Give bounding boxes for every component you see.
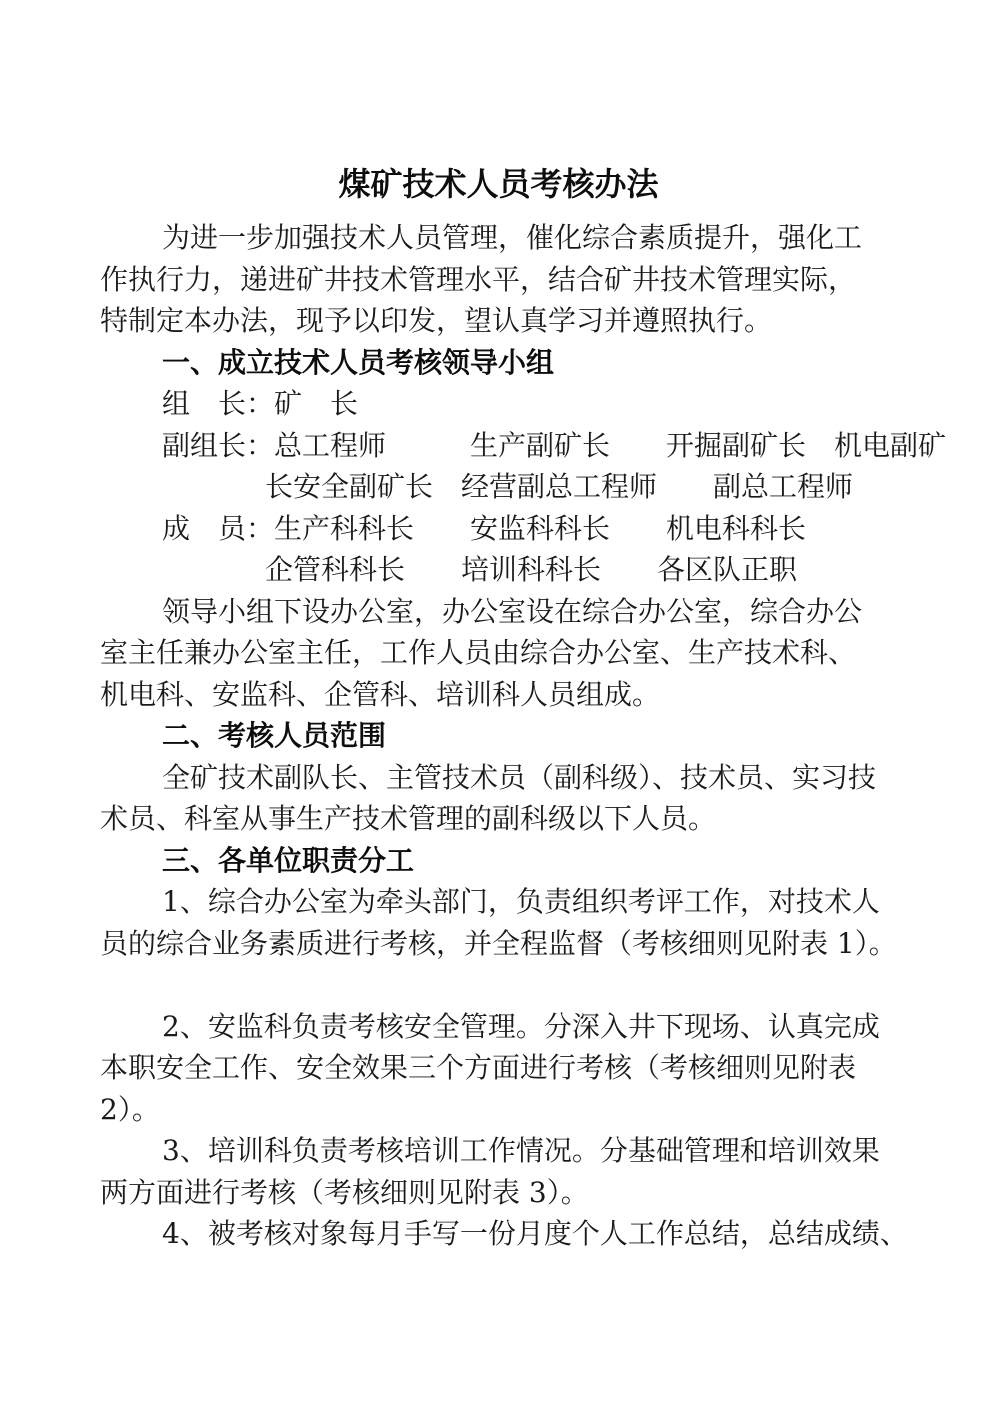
text-line: 特制定本办法，现予以印发，望认真学习并遵照执行。: [100, 300, 897, 342]
section-heading-2: 二、考核人员范围: [100, 715, 897, 757]
text-line: 全矿技术副队长、主管技术员（副科级）、技术员、实习技: [100, 757, 897, 799]
list-item-1-line: 员的综合业务素质进行考核，并全程监督（考核细则见附表 1）。: [100, 923, 897, 965]
text-line: 术员、科室从事生产技术管理的副科级以下人员。: [100, 798, 897, 840]
blank-line: [100, 964, 897, 1006]
list-item-2-line: 2）。: [100, 1089, 897, 1131]
roster-line-members: 成 员：生产科科长 安监科科长 机电科科长: [100, 508, 897, 550]
document-content: 煤矿技术人员考核办法 为进一步加强技术人员管理，催化综合素质提升，强化工 作执行…: [100, 0, 897, 1255]
text-line: 室主任兼办公室主任，工作人员由综合办公室、生产技术科、: [100, 632, 897, 674]
roster-line-deputy-leaders-cont: 长安全副矿长 经营副总工程师 副总工程师: [100, 466, 897, 508]
roster-line-deputy-leaders: 副组长：总工程师 生产副矿长 开掘副矿长 机电副矿: [100, 425, 897, 467]
list-item-1-line: 1、综合办公室为牵头部门，负责组织考评工作，对技术人: [100, 881, 897, 923]
document-body: 为进一步加强技术人员管理，催化综合素质提升，强化工 作执行力，递进矿井技术管理水…: [100, 217, 897, 1255]
list-item-2-line: 2、安监科负责考核安全管理。分深入井下现场、认真完成: [100, 1006, 897, 1048]
roster-line-leader: 组 长：矿 长: [100, 383, 897, 425]
list-item-3-line: 两方面进行考核（考核细则见附表 3）。: [100, 1172, 897, 1214]
section-heading-1: 一、成立技术人员考核领导小组: [100, 342, 897, 384]
list-item-3-line: 3、培训科负责考核培训工作情况。分基础管理和培训效果: [100, 1130, 897, 1172]
text-line: 机电科、安监科、企管科、培训科人员组成。: [100, 674, 897, 716]
text-line: 作执行力，递进矿井技术管理水平，结合矿井技术管理实际，: [100, 259, 897, 301]
roster-line-members-cont: 企管科科长 培训科科长 各区队正职: [100, 549, 897, 591]
section-heading-3: 三、各单位职责分工: [100, 840, 897, 882]
text-line: 为进一步加强技术人员管理，催化综合素质提升，强化工: [100, 217, 897, 259]
list-item-4-line: 4、被考核对象每月手写一份月度个人工作总结，总结成绩、: [100, 1213, 897, 1255]
list-item-2-line: 本职安全工作、安全效果三个方面进行考核（考核细则见附表: [100, 1047, 897, 1089]
text-line: 领导小组下设办公室，办公室设在综合办公室，综合办公: [100, 591, 897, 633]
document-page: 煤矿技术人员考核办法 为进一步加强技术人员管理，催化综合素质提升，强化工 作执行…: [0, 0, 993, 1404]
document-title: 煤矿技术人员考核办法: [100, 0, 897, 208]
